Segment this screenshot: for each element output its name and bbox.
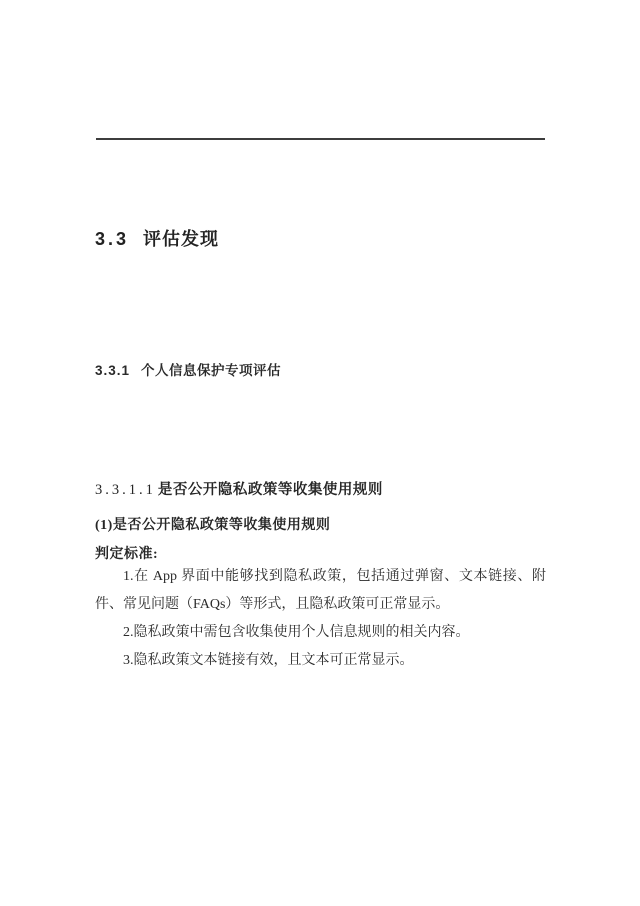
section-heading-3-3: 3.3评估发现 <box>95 225 219 251</box>
section-heading-title: 评估发现 <box>143 229 219 249</box>
criteria-body: 1.在 App 界面中能够找到隐私政策，包括通过弹窗、文本链接、附件、常见问题（… <box>95 563 546 675</box>
subsection-heading-number: 3.3.1 <box>95 363 130 378</box>
criteria-label: 判定标准: <box>95 543 158 563</box>
subsection-heading-title: 个人信息保护专项评估 <box>141 363 281 378</box>
section-heading-number: 3.3 <box>95 229 129 249</box>
criteria-item-1: 1.在 App 界面中能够找到隐私政策，包括通过弹窗、文本链接、附件、常见问题（… <box>95 563 546 619</box>
criteria-item-2: 2.隐私政策中需包含收集使用个人信息规则的相关内容。 <box>95 619 546 647</box>
criteria-item-3: 3.隐私政策文本链接有效，且文本可正常显示。 <box>95 647 546 675</box>
document-page: 3.3评估发现 3.3.1个人信息保护专项评估 3.3.1.1是否公开隐私政策等… <box>0 0 640 906</box>
bold-subheading: (1)是否公开隐私政策等收集使用规则 <box>95 514 330 534</box>
page-header-rule <box>96 138 545 140</box>
subsection-heading-3-3-1: 3.3.1个人信息保护专项评估 <box>95 359 281 379</box>
subsubsection-heading-title: 是否公开隐私政策等收集使用规则 <box>158 482 383 498</box>
subsubsection-heading-3-3-1-1: 3.3.1.1是否公开隐私政策等收集使用规则 <box>95 478 383 499</box>
subsubsection-heading-number: 3.3.1.1 <box>95 482 156 498</box>
